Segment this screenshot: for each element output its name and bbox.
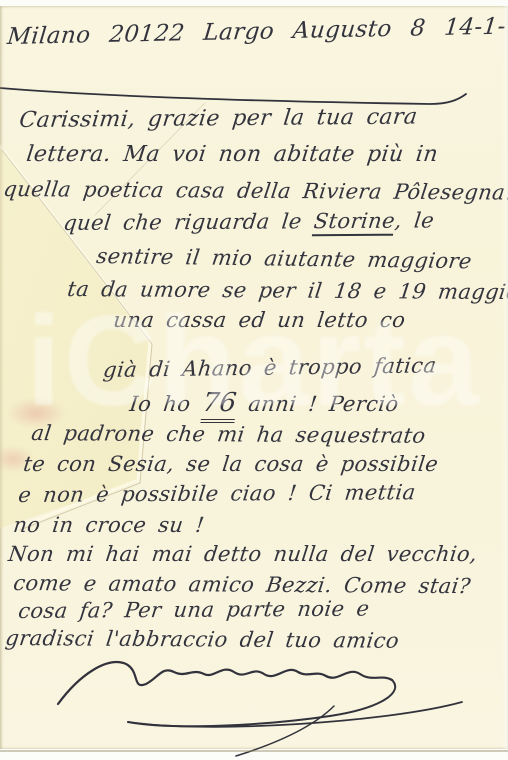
paper-edge-left xyxy=(0,6,4,749)
line-text: come e amato amico Bezzi. Come stai? xyxy=(12,571,472,598)
letter-line: Non mi hai mai detto nulla del vecchio, xyxy=(7,542,479,566)
letter-line: no in croce su ! xyxy=(12,513,206,537)
line-text: Carissimi, grazie per la tua cara xyxy=(18,105,419,133)
paper-edge-bottom xyxy=(0,750,508,752)
scanned-letter: Milano 20122 Largo Augusto 8 14-1-74 Car… xyxy=(0,0,508,760)
line-text: già di Ahano è troppo fatica xyxy=(102,353,438,382)
letter-line: come e amato amico Bezzi. Come stai? xyxy=(12,571,472,598)
line-text: quella poetica casa della Riviera Pôlese… xyxy=(2,177,508,205)
underlined-word: Storine xyxy=(312,209,396,237)
letter-line: lettera. Ma voi non abitate più in xyxy=(25,142,440,167)
double-underlined-number: 76 xyxy=(200,388,238,423)
line-text: e non è possibile ciao ! Ci mettia xyxy=(17,480,417,507)
letter-line: te con Sesia, se la cosa è possibile xyxy=(22,452,440,476)
line-text: te con Sesia, se la cosa è possibile xyxy=(22,452,440,476)
signature-flourish xyxy=(0,632,508,760)
letter-line: già di Ahano è troppo fatica xyxy=(102,353,438,382)
letter-line: al padrone che mi ha sequestrato xyxy=(30,421,427,448)
line-text: , le xyxy=(394,208,436,232)
letter-line: cosa fa? Per una parte noie e xyxy=(17,597,371,623)
line-text: no in croce su ! xyxy=(12,513,206,537)
line-text: cosa fa? Per una parte noie e xyxy=(17,597,371,623)
letter-line: quella poetica casa della Riviera Pôlese… xyxy=(2,177,508,205)
line-text: lettera. Ma voi non abitate più in xyxy=(25,142,440,167)
letter-line: Carissimi, grazie per la tua cara xyxy=(18,105,419,133)
letter-line: una cassa ed un letto co xyxy=(112,308,407,332)
line-text: una cassa ed un letto co xyxy=(112,308,407,332)
line-text: quel che riguarda le xyxy=(62,209,315,235)
letter-line: Io ho 76 anni ! Perciò xyxy=(128,388,401,418)
line-text: ta da umore se per il 18 e 19 maggio xyxy=(66,277,508,304)
line-text: Io ho xyxy=(128,392,204,416)
line-text: Non mi hai mai detto nulla del vecchio, xyxy=(7,542,479,566)
line-text: al padrone che mi ha sequestrato xyxy=(30,421,427,448)
letter-line: e non è possibile ciao ! Ci mettia xyxy=(17,480,417,507)
letter-line: ta da umore se per il 18 e 19 maggio xyxy=(66,277,508,304)
line-text: anni ! Perciò xyxy=(235,392,400,416)
paper-edge-right xyxy=(502,6,508,749)
letter-line: quel che riguarda le Storine, le xyxy=(62,208,436,235)
